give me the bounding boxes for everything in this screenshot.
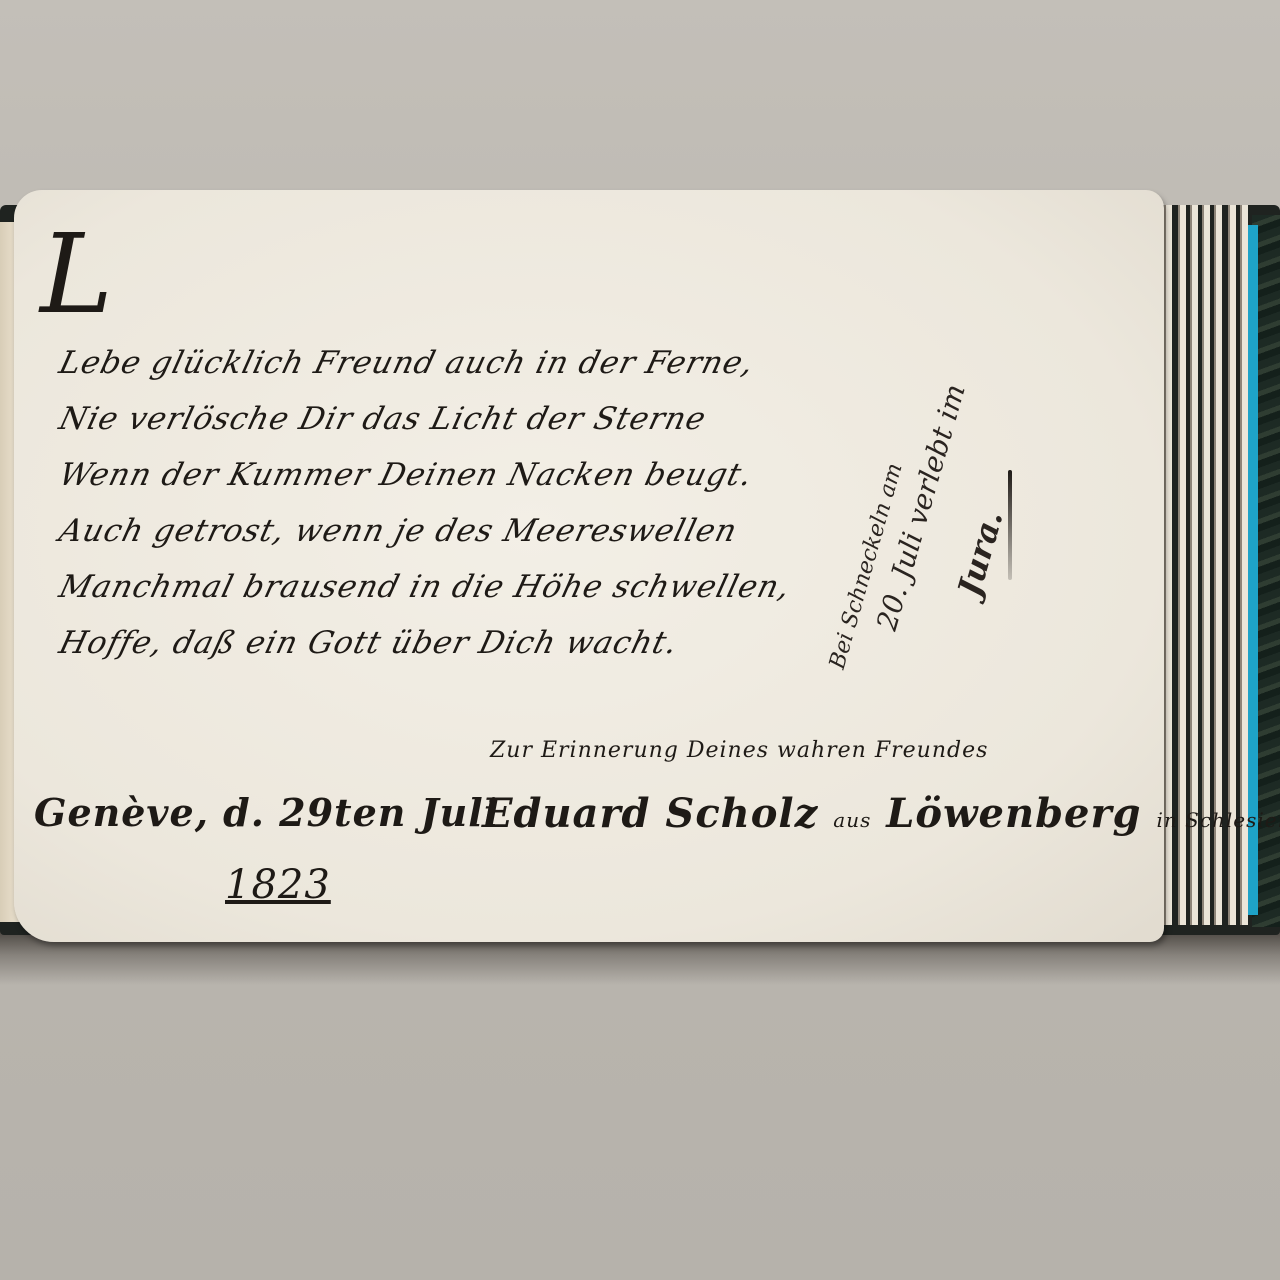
decorative-initial: L <box>40 210 113 338</box>
signature-town: Löwenberg <box>886 790 1141 837</box>
poem: Lebe glücklich Freund auch in der Ferne,… <box>60 335 790 671</box>
signature-from: aus <box>833 808 871 832</box>
dedication: Zur Erinnerung Deines wahren Freundes <box>490 738 988 763</box>
place-date: Genève, d. 29ten Juli <box>34 790 499 835</box>
poem-line: Wenn der Kummer Deinen Nacken beugt. <box>53 447 797 503</box>
year: 1823 <box>225 862 331 908</box>
flourish-stroke <box>1008 470 1012 580</box>
poem-line: Nie verlösche Dir das Licht der Sterne <box>53 391 797 447</box>
poem-line: Lebe glücklich Freund auch in der Ferne, <box>53 335 797 391</box>
poem-line: Hoffe, daß ein Gott über Dich wacht. <box>53 615 797 671</box>
poem-line: Manchmal brausend in die Höhe schwellen, <box>53 559 797 615</box>
signature: Eduard Scholz aus Löwenberg in Schlesien <box>482 790 1280 837</box>
signature-name: Eduard Scholz <box>482 790 818 837</box>
poem-line: Auch getrost, wenn je des Meereswellen <box>53 503 797 559</box>
signature-region: in Schlesien <box>1156 808 1280 832</box>
